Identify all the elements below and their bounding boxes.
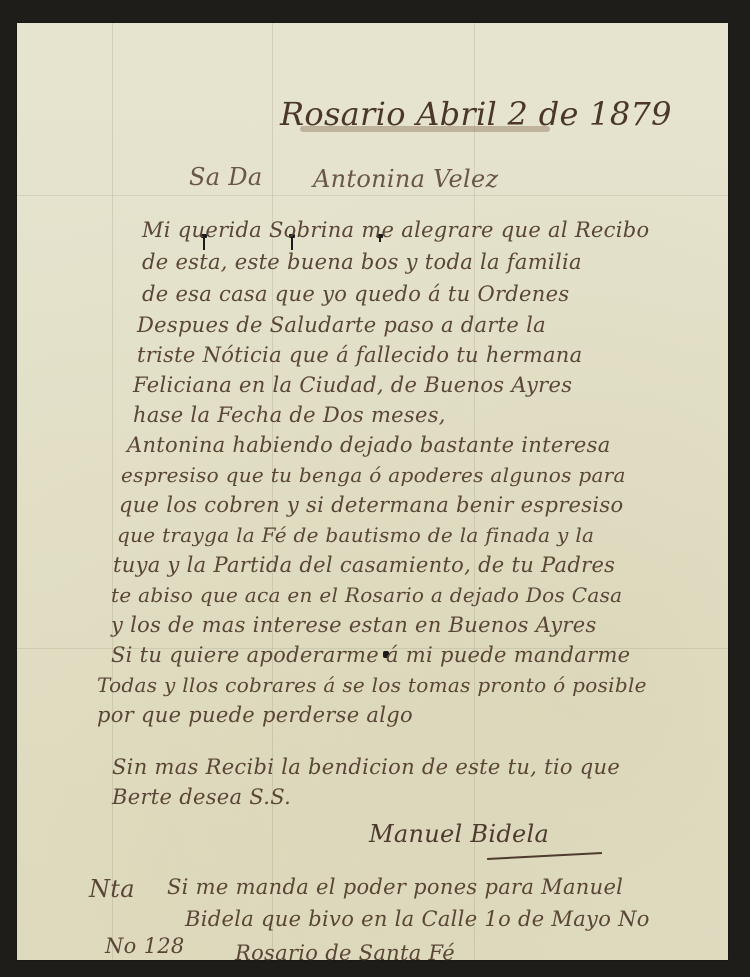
body-line: que trayga la Fé de bautismo de la finad…: [117, 523, 594, 547]
address-line: Rosario de Santa Fé: [235, 941, 455, 965]
place-date-heading: Rosario Abril 2 de 1879: [280, 95, 672, 133]
closing-line: Sin mas Recibi la bendicion de este tu, …: [112, 755, 620, 779]
body-line: espresiso que tu benga ó apoderes alguno…: [121, 463, 626, 487]
body-line: Antonina habiendo dejado bastante intere…: [127, 433, 611, 457]
body-line: te abiso que aca en el Rosario a dejado …: [111, 583, 622, 607]
body-line: y los de mas interese estan en Buenos Ay…: [111, 613, 597, 637]
body-line: Mi querida Sobrina me alegrare que al Re…: [142, 218, 649, 242]
body-line: triste Nóticia que á fallecido tu herman…: [137, 343, 582, 367]
body-line: hase la Fecha de Dos meses,: [133, 403, 446, 427]
closing-line: Berte desea S.S.: [112, 785, 291, 809]
salutation-title: Sa Da: [189, 163, 262, 191]
fold-line-vertical: [272, 23, 273, 960]
fold-line-vertical: [112, 23, 113, 960]
postscript-label: Nta: [89, 875, 135, 903]
body-line: Feliciana en la Ciudad, de Buenos Ayres: [133, 373, 572, 397]
body-line: Despues de Saludarte paso a darte la: [137, 313, 546, 337]
body-line: que los cobren y si determana benir espr…: [119, 493, 623, 517]
body-line: tuya y la Partida del casamiento, de tu …: [113, 553, 615, 577]
postscript-line: Si me manda el poder pones para Manuel: [167, 875, 623, 899]
body-line: de esta, este buena bos y toda la famili…: [142, 250, 582, 274]
body-line: por que puede perderse algo: [97, 703, 413, 727]
signature-underline: [487, 852, 602, 860]
body-line: Todas y llos cobrares á se los tomas pro…: [97, 673, 647, 697]
reference-number: No 128: [105, 934, 185, 958]
signature: Manuel Bidela: [369, 820, 549, 848]
body-line: de esa casa que yo quedo á tu Ordenes: [142, 282, 569, 306]
letter-page: Rosario Abril 2 de 1879 Sa Da Antonina V…: [17, 23, 728, 960]
recipient-name: Antonina Velez: [313, 165, 498, 193]
postscript-line: Bidela que bivo en la Calle 1o de Mayo N…: [185, 907, 650, 931]
body-line: Si tu quiere apoderarme á mi puede manda…: [111, 643, 630, 667]
fold-line-horizontal: [17, 195, 728, 196]
